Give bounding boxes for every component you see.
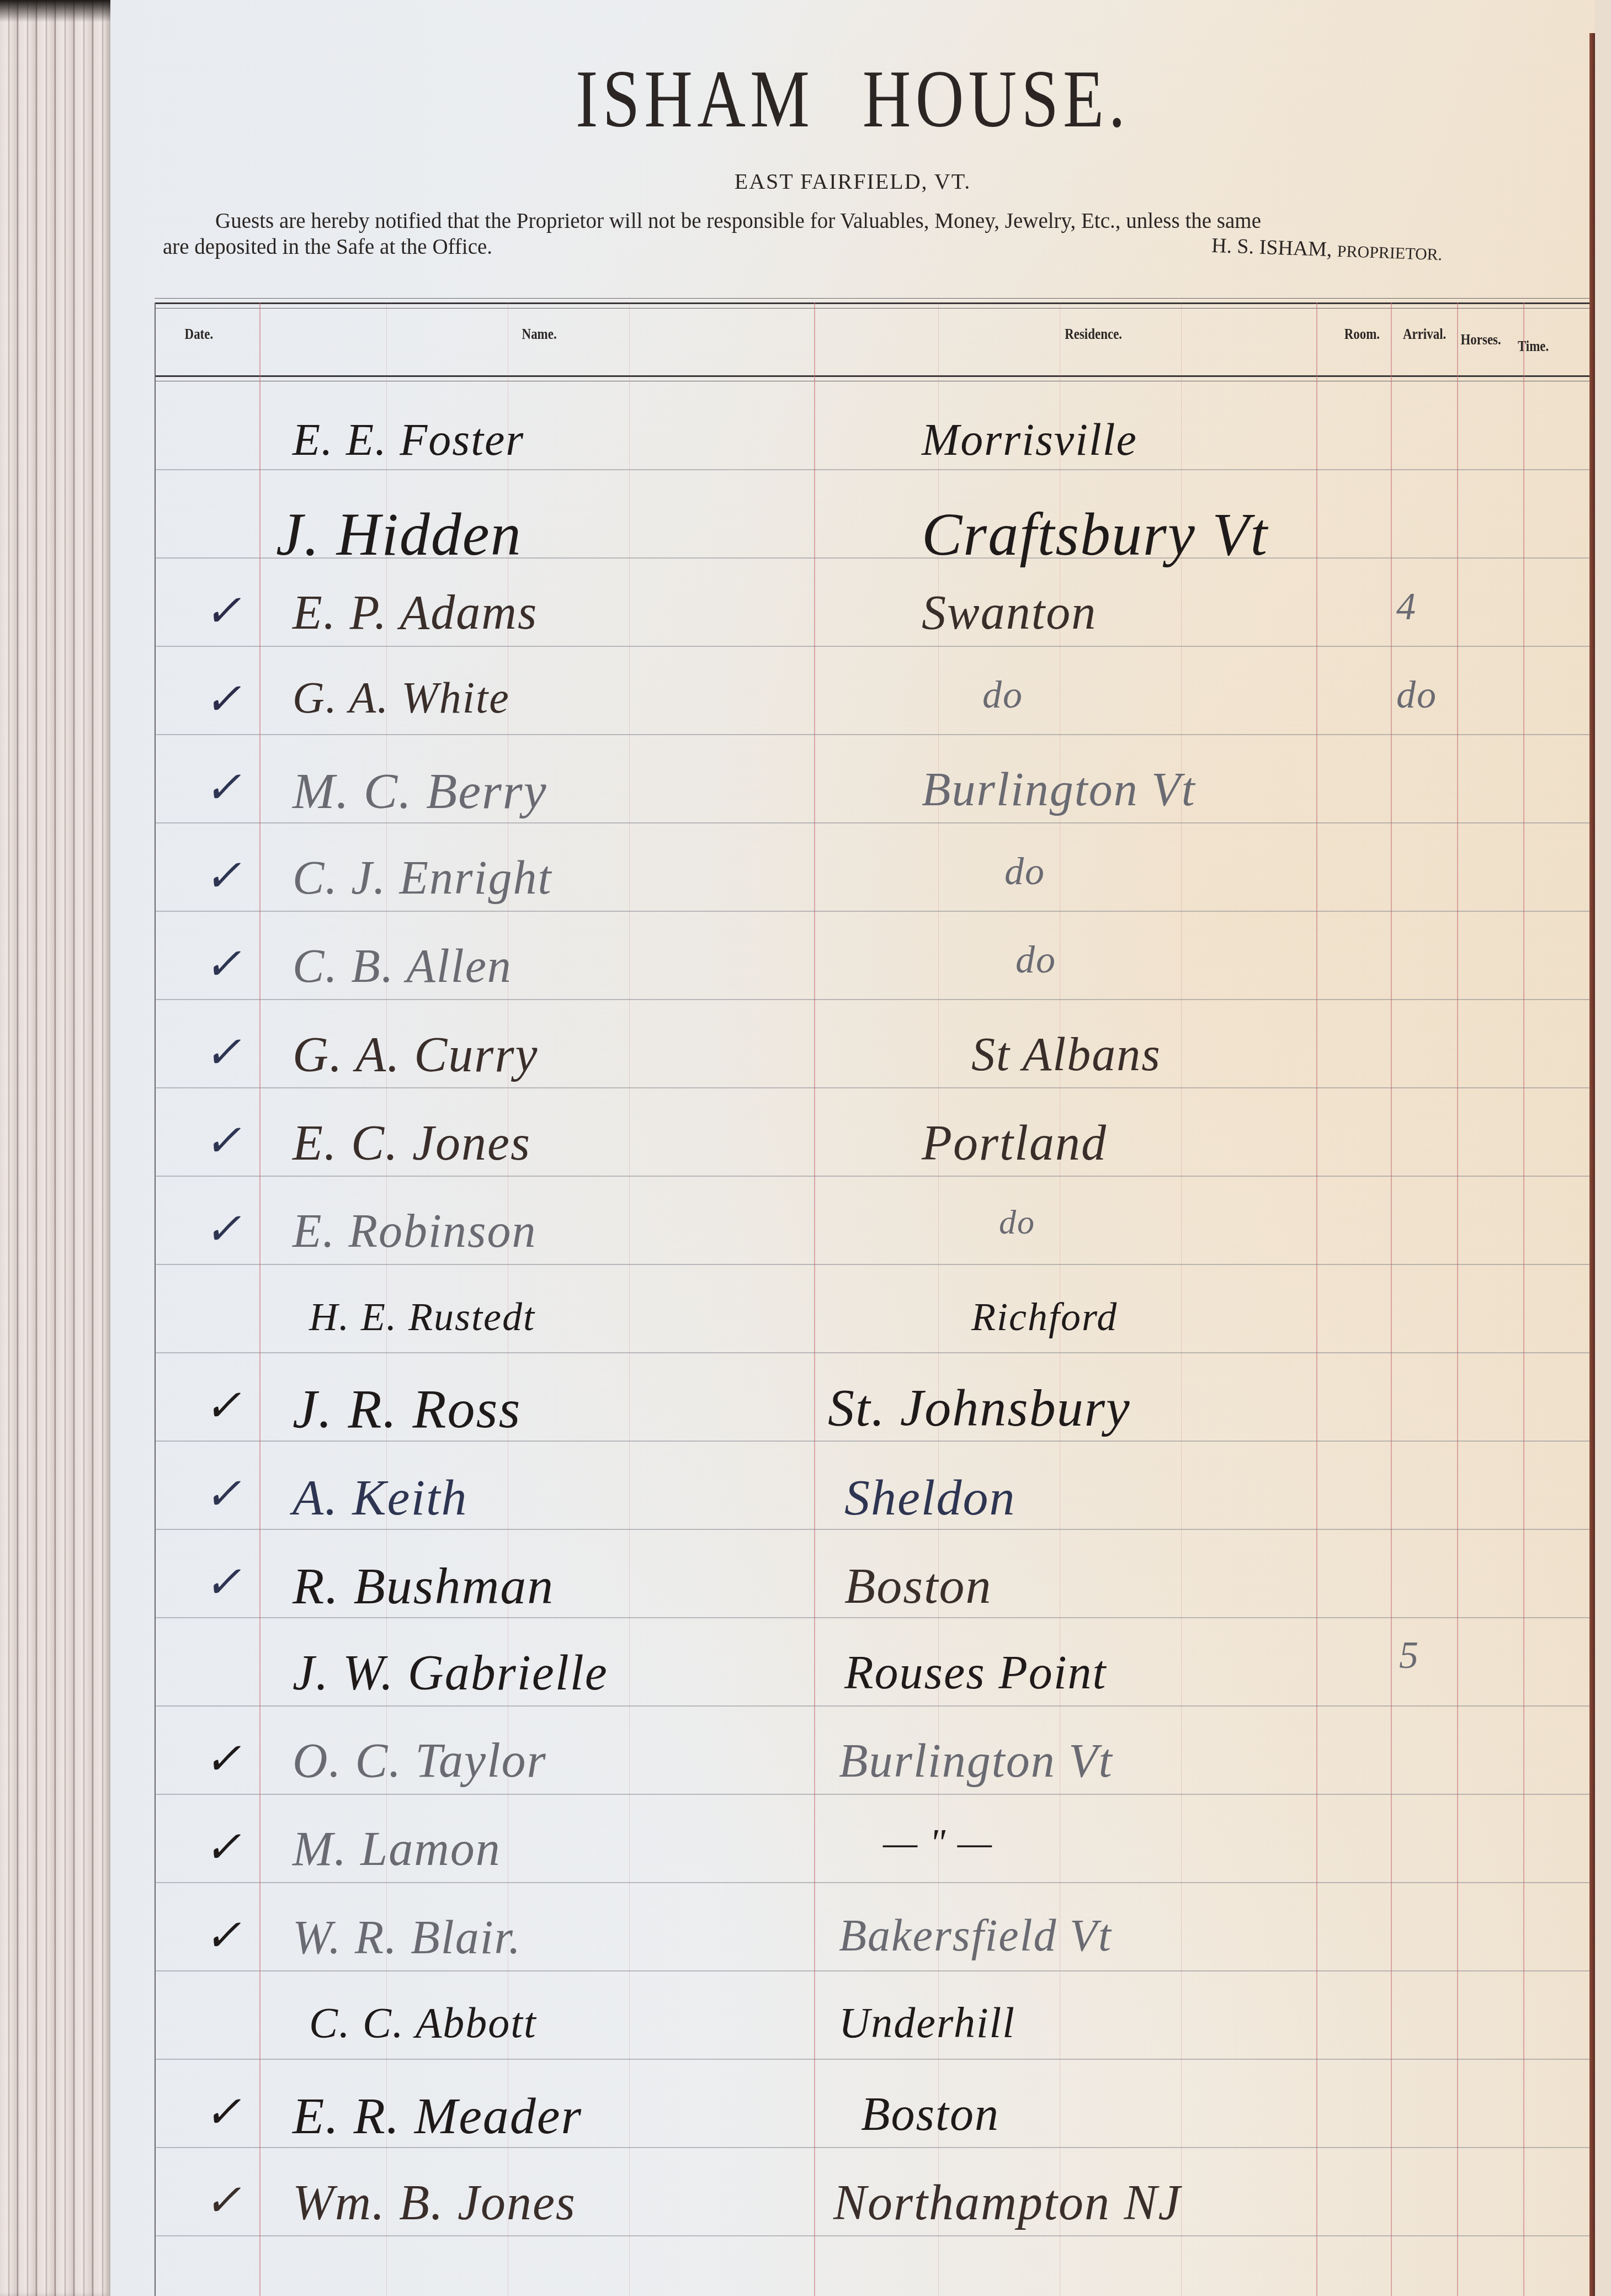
register-entry: ✓ E. P. Adams Swanton 4 (110, 574, 1595, 657)
check-mark: ✓ (204, 1556, 241, 1608)
guest-name: A. Keith (293, 1468, 468, 1527)
proprietor-signature: H. S. ISHAM, PROPRIETOR. (1211, 233, 1443, 266)
register-entry: J. Hidden Craftsbury Vt (110, 486, 1595, 568)
column-header-date: Date. (185, 326, 214, 343)
register-entry: ✓ R. Bushman Boston (110, 1545, 1595, 1628)
proprietor-title: PROPRIETOR. (1337, 242, 1442, 264)
register-page: ISHAM HOUSE. EAST FAIRFIELD, VT. Guests … (110, 0, 1595, 2296)
column-header-residence: Residence. (1065, 326, 1122, 343)
header-rule (155, 302, 1589, 304)
check-mark: ✓ (204, 1910, 241, 1961)
proprietor-name: H. S. ISHAM, (1211, 234, 1337, 262)
register-entry: ✓ E. R. Meader Boston (110, 2075, 1595, 2158)
guest-name: O. C. Taylor (293, 1733, 547, 1789)
column-header-room: Room. (1344, 326, 1380, 343)
guest-name: R. Bushman (293, 1556, 554, 1616)
guest-name: M. C. Berry (293, 762, 547, 820)
hotel-location: EAST FAIRFIELD, VT. (110, 168, 1595, 194)
guest-residence: Underhill (839, 1998, 1015, 2048)
guest-name: E. C. Jones (293, 1115, 531, 1172)
check-mark: ✓ (204, 1380, 241, 1431)
guest-residence: Swanton (922, 585, 1097, 641)
room-number: 4 (1396, 585, 1417, 629)
guest-residence: Bakersfield Vt (839, 1910, 1112, 1962)
column-header-name: Name. (522, 326, 557, 343)
guest-name: H. E. Rustedt (309, 1294, 535, 1340)
guest-name: Wm. B. Jones (293, 2175, 576, 2231)
guest-name: E. Robinson (293, 1203, 536, 1258)
column-header-arrival: Arrival. (1403, 326, 1446, 343)
guest-name: C. J. Enright (293, 850, 552, 905)
guest-name: W. R. Blair. (293, 1910, 522, 1965)
guest-residence: Burlington Vt (922, 762, 1196, 817)
guest-residence: Rouses Point (844, 1645, 1107, 1700)
guest-name: J. R. Ross (293, 1377, 521, 1441)
register-entry: H. E. Rustedt Richford (110, 1280, 1595, 1363)
page-edge (1589, 33, 1595, 2296)
check-mark: ✓ (204, 673, 241, 725)
guest-residence: do (982, 673, 1023, 717)
guest-name: J. Hidden (276, 499, 522, 570)
guest-name: G. A. Curry (293, 1027, 538, 1083)
guest-residence: St. Johnsbury (828, 1377, 1131, 1438)
guest-residence: Sheldon (844, 1468, 1015, 1527)
register-entry: ✓ E. C. Jones Portland (110, 1104, 1595, 1187)
facing-page-edge (1595, 0, 1611, 2296)
header-rule (155, 375, 1589, 377)
arrival-mark: 5 (1399, 1634, 1419, 1678)
register-entry: E. E. Foster Morrisville (110, 403, 1595, 486)
guest-residence: Richford (971, 1294, 1118, 1340)
guest-residence: Boston (861, 2086, 999, 2141)
guest-name: C. B. Allen (293, 938, 512, 993)
check-mark: ✓ (204, 1733, 241, 1784)
header-rule (155, 381, 1589, 381)
guest-residence: Portland (922, 1115, 1107, 1172)
guest-residence: Craftsbury Vt (922, 499, 1268, 570)
guest-residence: Burlington Vt (839, 1733, 1113, 1788)
check-mark: ✓ (204, 1821, 241, 1873)
check-mark: ✓ (204, 850, 241, 901)
check-mark: ✓ (204, 2175, 241, 2226)
guest-residence: do (999, 1203, 1035, 1242)
header-rule (155, 308, 1589, 309)
register-entry: ✓ C. J. Enright do (110, 839, 1595, 922)
guest-residence: Morrisville (922, 414, 1137, 466)
header-rule (155, 298, 1589, 299)
check-mark: ✓ (204, 585, 241, 636)
register-entry: ✓ E. Robinson do (110, 1192, 1595, 1275)
check-mark: ✓ (204, 938, 241, 990)
guest-residence: Northampton NJ (833, 2175, 1182, 2231)
register-entry: ✓ A. Keith Sheldon (110, 1457, 1595, 1540)
register-entry: ✓ M. Lamon — " — (110, 1810, 1595, 1893)
guest-residence: St Albans (971, 1027, 1161, 1082)
register-entry: ✓ G. A. White do do (110, 662, 1595, 745)
register-entry: J. W. Gabrielle Rouses Point 5 (110, 1634, 1595, 1716)
room-number: do (1396, 673, 1437, 717)
column-header-horses: Horses. (1460, 331, 1501, 348)
guest-name: J. W. Gabrielle (293, 1645, 608, 1702)
register-entry: ✓ C. B. Allen do (110, 927, 1595, 1010)
check-mark: ✓ (204, 1027, 241, 1078)
check-mark: ✓ (204, 2086, 241, 2138)
guest-residence: do (1015, 938, 1056, 982)
register-entry: C. C. Abbott Underhill (110, 1987, 1595, 2070)
hotel-title: ISHAM HOUSE. (244, 52, 1461, 146)
check-mark: ✓ (204, 1115, 241, 1166)
column-header-time: Time. (1518, 338, 1549, 355)
notice-text-line-2: are deposited in the Safe at the Office. (163, 235, 492, 259)
check-mark: ✓ (204, 1468, 241, 1519)
guest-name: M. Lamon (293, 1821, 501, 1877)
register-entry: ✓ Wm. B. Jones Northampton NJ (110, 2164, 1595, 2246)
register-entry: ✓ G. A. Curry St Albans (110, 1016, 1595, 1098)
register-entry: ✓ O. C. Taylor Burlington Vt (110, 1722, 1595, 1805)
guest-residence: Boston (844, 1556, 992, 1615)
guest-name: C. C. Abbott (309, 1998, 537, 2048)
register-entry: ✓ W. R. Blair. Bakersfield Vt (110, 1899, 1595, 1981)
guest-name: E. P. Adams (293, 585, 538, 641)
notice-text-line-1: Guests are hereby notified that the Prop… (215, 209, 1606, 233)
register-entry: ✓ M. C. Berry Burlington Vt (110, 751, 1595, 833)
check-mark: ✓ (204, 1203, 241, 1255)
guest-residence: — " — (883, 1821, 993, 1866)
guest-name: G. A. White (293, 673, 510, 724)
guest-residence: do (1004, 850, 1045, 894)
register-entry: ✓ J. R. Ross St. Johnsbury (110, 1369, 1595, 1452)
check-mark: ✓ (204, 762, 241, 813)
book-page-stack (0, 0, 110, 2296)
guest-name: E. R. Meader (293, 2086, 582, 2146)
guest-name: E. E. Foster (293, 414, 524, 466)
